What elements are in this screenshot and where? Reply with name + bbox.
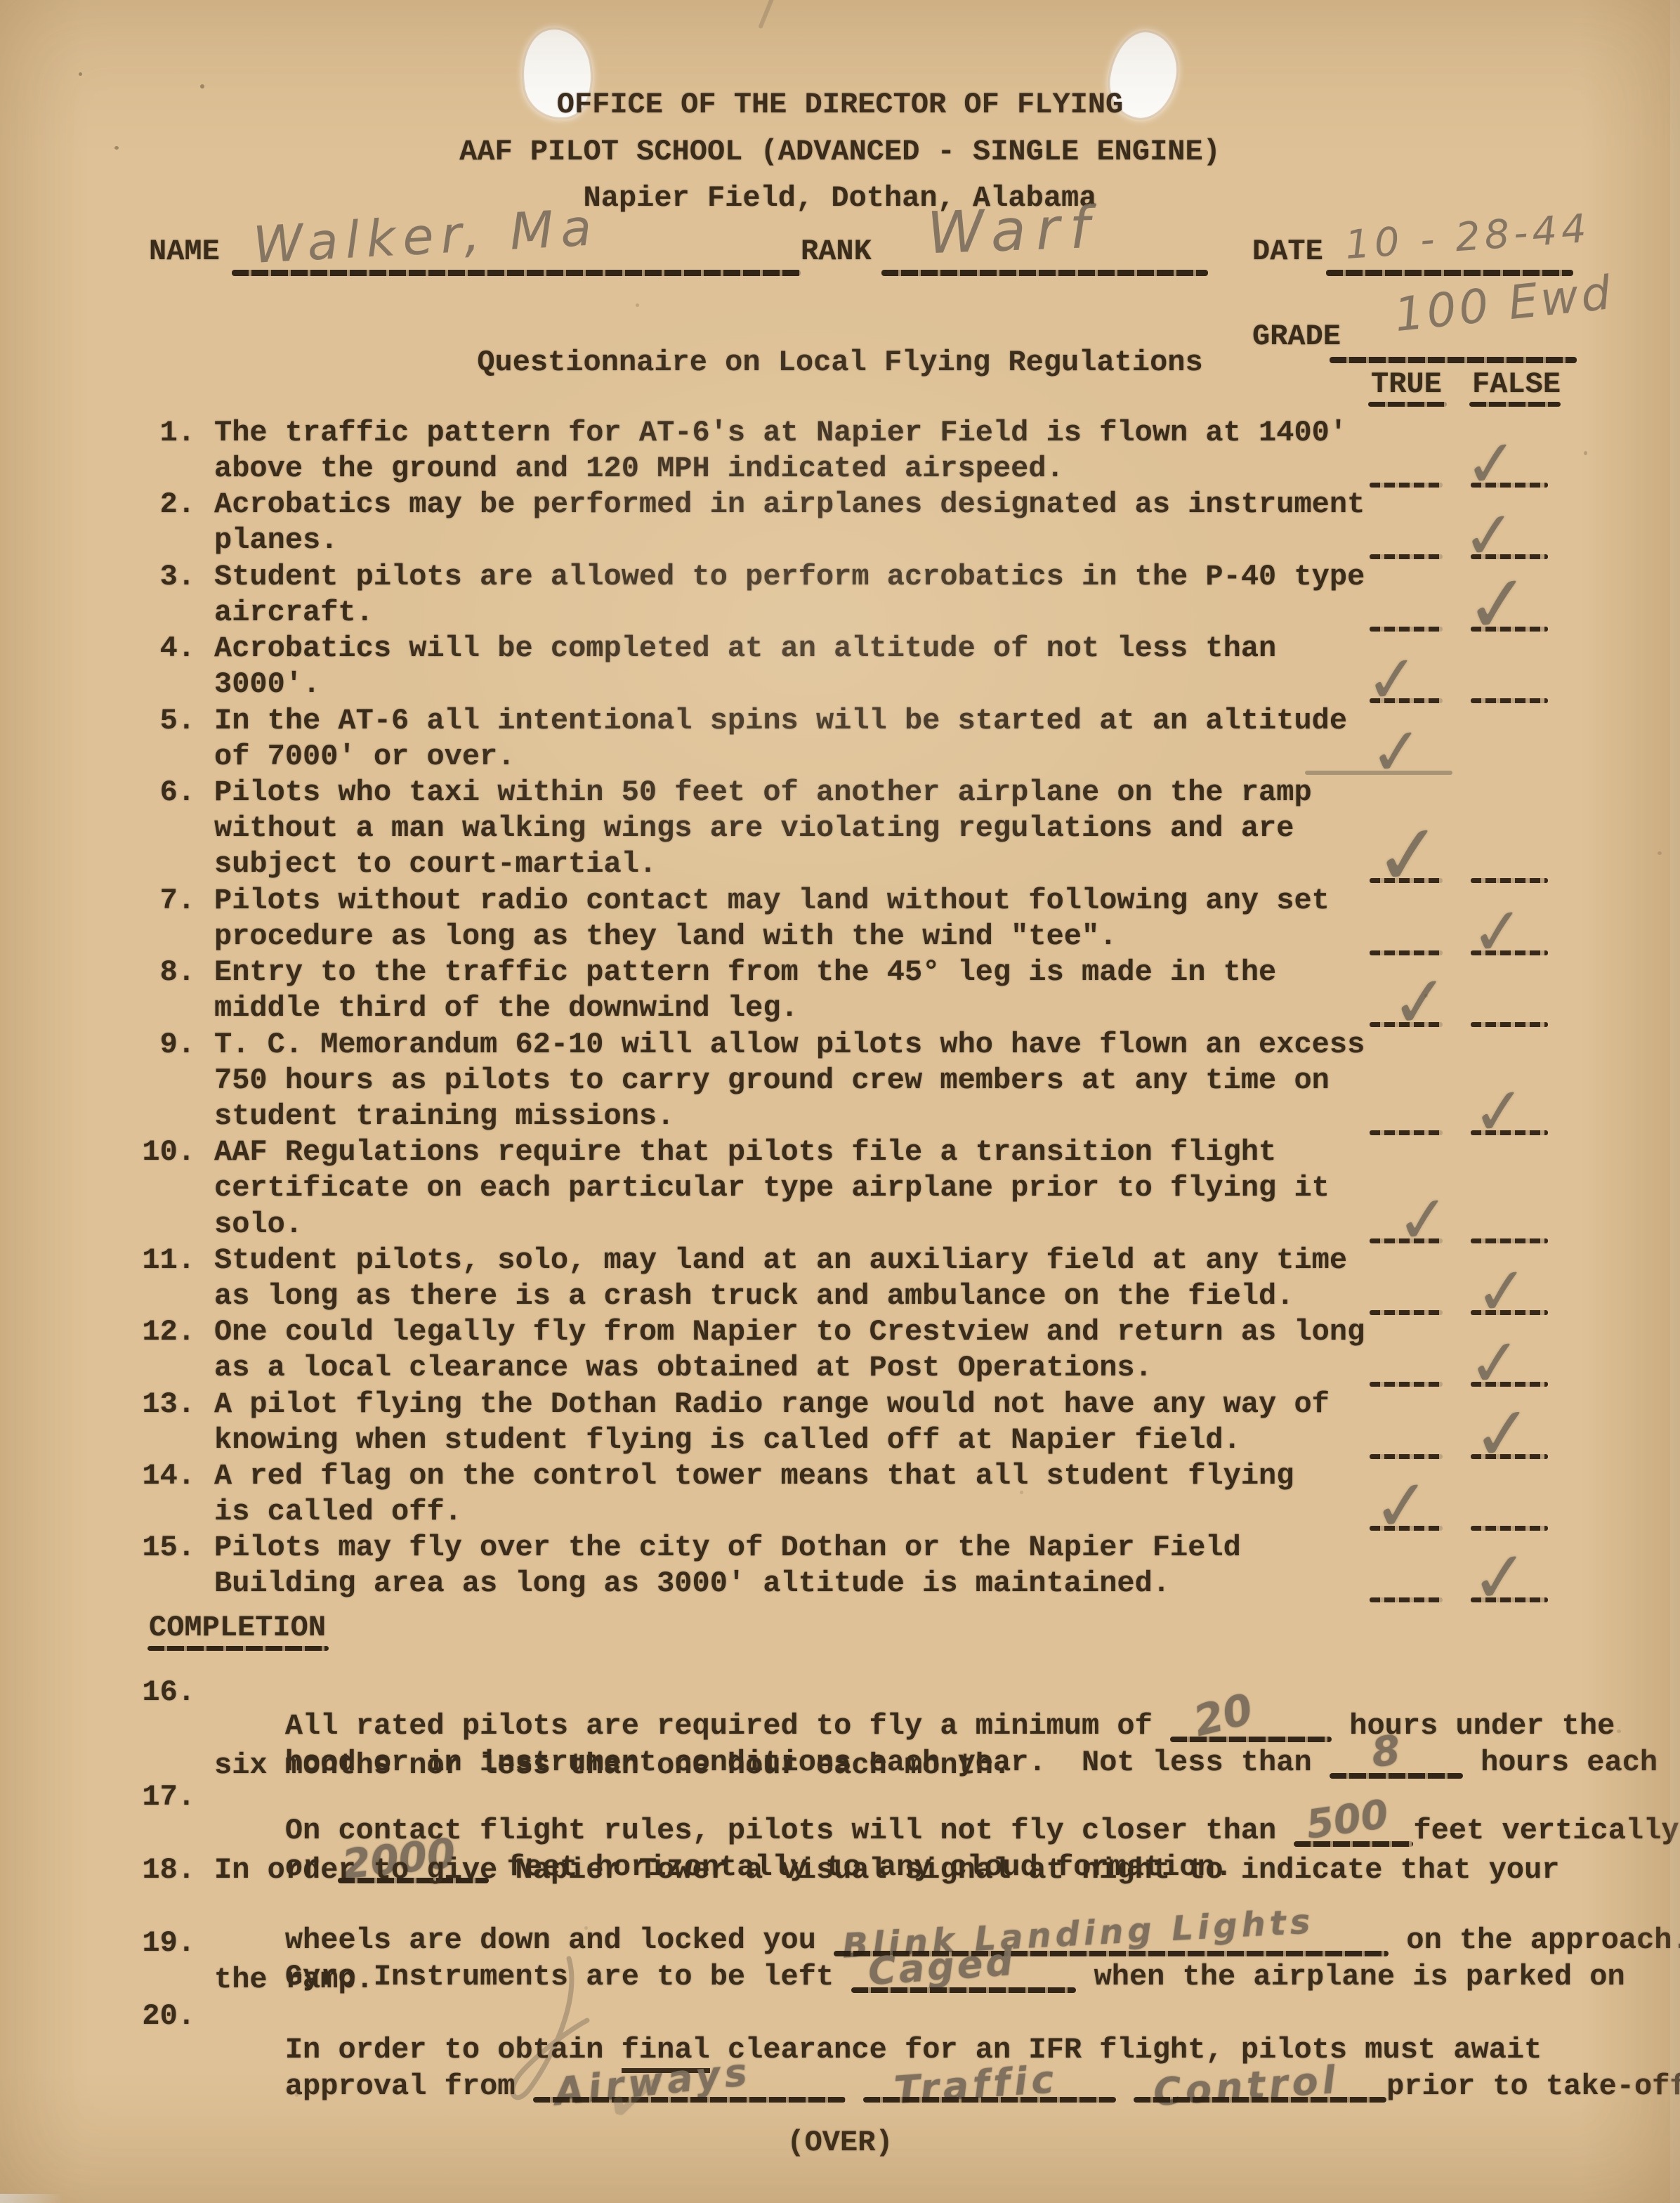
q8-false-answer-line [1471,1022,1548,1027]
paper-speck [200,84,204,89]
completion-heading: COMPLETION [149,1611,326,1645]
q19-line1-tail: when the airplane is parked on [1076,1960,1625,1994]
question-5-number: 5. [98,704,195,738]
question-9-line: student training missions. [214,1099,674,1133]
q12-false-checkmark: ✓ [1466,1329,1524,1397]
question-8-number: 8. [98,955,195,989]
question-4-line: 3000'. [214,667,320,701]
q13-false-checkmark: ✓ [1469,1395,1535,1472]
question-3-line: Student pilots are allowed to perform ac… [214,560,1365,594]
paper-speck [1424,994,1428,998]
question-10-line: solo. [214,1208,303,1241]
question-15-line: Building area as long as 3000' altitude … [214,1567,1170,1600]
question-9-number: 9. [98,1028,195,1061]
grade-handwriting: 100 Ewd [1392,270,1615,339]
question-2-line: planes. [214,523,338,557]
pencil-mark-top-right [758,0,775,29]
question-1-line: The traffic pattern for AT-6's at Napier… [214,416,1347,450]
bottom-left-paper-edge [0,2194,63,2203]
header-line-2: AAF PILOT SCHOOL (ADVANCED - SINGLE ENGI… [0,135,1680,169]
q11-true-answer-line [1370,1310,1443,1315]
question-11-line: Student pilots, solo, may land at an aux… [214,1243,1347,1277]
q16-blank-2: 8 [1330,1766,1463,1770]
question-6-number: 6. [98,776,195,809]
question-8-line: middle third of the downwind leg. [214,991,799,1025]
q1-true-answer-line [1370,483,1443,488]
question-9-line: 750 hours as pilots to carry ground crew… [214,1064,1330,1097]
question-17-number: 17. [98,1780,195,1814]
question-11-number: 11. [98,1243,195,1277]
q4-true-checkmark: ✓ [1363,646,1422,714]
question-15-number: 15. [98,1531,195,1564]
q20-answer-2-handwriting: Traffic [893,2060,1059,2110]
question-19-number: 19. [98,1926,195,1960]
right-paper-edge-highlight [1670,0,1680,2203]
q14-false-answer-line [1471,1526,1548,1531]
name-label: NAME [149,235,220,268]
over-label: (OVER) [0,2126,1680,2159]
question-12-line: One could legally fly from Napier to Cre… [214,1315,1365,1349]
q6-true-checkmark: ✓ [1371,811,1446,899]
q3-true-answer-line [1370,627,1443,632]
q15-false-checkmark: ✓ [1469,1541,1533,1615]
scanned-questionnaire-page: OFFICE OF THE DIRECTOR OF FLYING AAF PIL… [0,0,1680,2203]
q15-true-answer-line [1370,1597,1443,1602]
q11-false-checkmark: ✓ [1473,1257,1531,1326]
paper-speck [79,72,82,76]
question-20-number: 20. [98,1999,195,2033]
q16-answer-2-handwriting: 8 [1370,1730,1402,1773]
question-13-number: 13. [98,1387,195,1421]
q17-answer-1-handwriting: 500 [1304,1795,1391,1845]
q3-false-checkmark: ✓ [1462,563,1533,646]
q7-true-answer-line [1370,950,1443,955]
question-5-line: In the AT-6 all intentional spins will b… [214,704,1347,738]
question-7-line: Pilots without radio contact may land wi… [214,884,1330,917]
true-column-header: TRUE [1371,367,1442,401]
q20-gap [1116,2070,1134,2103]
false-column-header: FALSE [1472,367,1561,401]
question-3-number: 3. [98,560,195,594]
paper-speck [114,146,119,150]
question-12-number: 12. [98,1315,195,1349]
header-line-3: Napier Field, Dothan, Alabama [0,181,1680,215]
rank-handwriting: Warf [926,200,1101,263]
q17-line1-tail: feet vertically [1413,1814,1679,1848]
question-10-line: certificate on each particular type airp… [214,1171,1330,1205]
q19-blank: Caged [851,1980,1076,1985]
question-15-line: Pilots may fly over the city of Dothan o… [214,1531,1241,1564]
question-13-line: A pilot flying the Dothan Radio range wo… [214,1387,1330,1421]
question-6-line: Pilots who taxi within 50 feet of anothe… [214,776,1312,809]
q12-true-answer-line [1370,1382,1443,1387]
question-2-line: Acrobatics may be performed in airplanes… [214,488,1365,521]
q14-true-checkmark: ✓ [1370,1469,1434,1543]
q9-true-answer-line [1370,1130,1443,1135]
q19-answer-handwriting: Caged [867,1943,1017,1992]
q6-false-answer-line [1471,878,1548,883]
question-4-line: Acrobatics will be completed at an altit… [214,632,1276,665]
rank-label: RANK [801,235,872,268]
question-1-line: above the ground and 120 MPH indicated a… [214,452,1064,485]
q1-false-checkmark: ✓ [1462,430,1521,498]
q20-blank-3: Control [1134,2090,1386,2094]
question-11-line: as long as there is a crash truck and am… [214,1279,1294,1313]
question-10-line: AAF Regulations require that pilots file… [214,1135,1276,1169]
question-6-line: without a man walking wings are violatin… [214,811,1294,845]
paper-speck [1020,1491,1023,1494]
q17-blank-1: 500 [1294,1834,1413,1838]
question-13-line: knowing when student flying is called of… [214,1423,1241,1457]
question-20-line-2: approval from Airways Traffic Controlpri… [214,2036,1680,2138]
question-14-line: is called off. [214,1495,462,1529]
q20-line2-pre: approval from [285,2070,533,2103]
question-1-number: 1. [98,416,195,450]
question-7-number: 7. [98,884,195,917]
q4-false-answer-line [1471,698,1548,703]
question-4-number: 4. [98,632,195,665]
rank-line [881,270,1208,276]
q7-false-checkmark: ✓ [1469,898,1527,966]
q10-false-answer-line [1471,1238,1548,1243]
header-line-1: OFFICE OF THE DIRECTOR OF FLYING [0,88,1680,122]
q20-blank-1: Airways [533,2090,846,2094]
question-16-number: 16. [98,1675,195,1709]
question-18-number: 18. [98,1853,195,1887]
false-header-underline [1469,402,1561,407]
question-12-line: as a local clearance was obtained at Pos… [214,1351,1153,1385]
question-5-line: of 7000' or over. [214,740,515,773]
question-3-line: aircraft. [214,596,374,629]
paper-speck [1584,451,1587,455]
paper-speck [464,1111,467,1115]
q20-gap [846,2070,863,2103]
completion-heading-underline [147,1646,329,1651]
question-10-number: 10. [98,1135,195,1169]
q10-true-checkmark: ✓ [1394,1186,1452,1254]
q5-true-checkmark: ✓ [1367,718,1426,786]
question-19-line-2: the ramp. [214,1963,374,1996]
question-16-line-3: six months nor less than one hour each m… [214,1748,1011,1782]
question-8-line: Entry to the traffic pattern from the 45… [214,955,1276,989]
true-header-underline [1368,402,1447,407]
question-18-line-1: In order to give Napier Tower a visual s… [214,1853,1560,1887]
q20-line2-tail: prior to take-off. [1386,2070,1680,2103]
question-2-number: 2. [98,488,195,521]
paper-speck [636,303,639,307]
q2-true-answer-line [1370,554,1443,559]
paper-speck [1658,851,1662,855]
q8-true-checkmark: ✓ [1389,965,1452,1040]
question-6-line: subject to court-martial. [214,847,657,881]
date-handwriting: 10 - 28-44 [1344,209,1592,266]
paper-speck [584,1926,588,1930]
paper-speck [295,2093,298,2097]
q13-true-answer-line [1370,1454,1443,1459]
q16-line2-tail: hours each [1463,1746,1658,1779]
paper-speck [1617,1730,1621,1733]
q20-answer-3-handwriting: Control [1153,2061,1341,2112]
q20-blank-2: Traffic [863,2090,1116,2094]
question-14-line: A red flag on the control tower means th… [214,1459,1294,1493]
date-label: DATE [1252,235,1323,268]
question-14-number: 14. [98,1459,195,1493]
q9-false-checkmark: ✓ [1470,1078,1528,1146]
question-9-line: T. C. Memorandum 62-10 will allow pilots… [214,1028,1365,1061]
question-7-line: procedure as long as they land with the … [214,920,1117,953]
